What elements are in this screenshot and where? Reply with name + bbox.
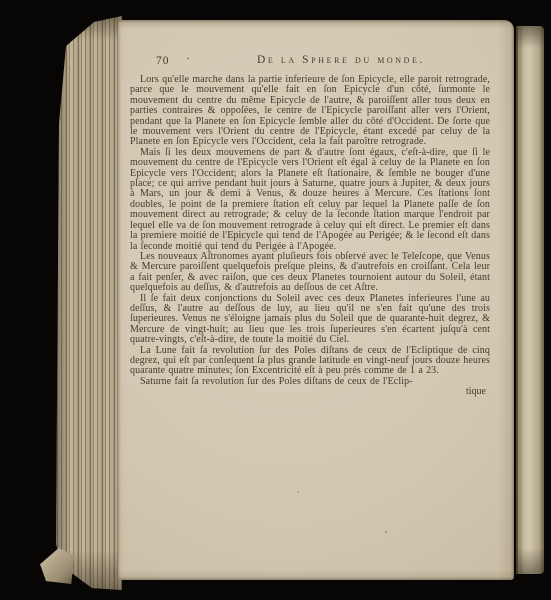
- running-title: De la Sphere du monde.: [192, 54, 490, 66]
- page-header: 70 · De la Sphere du monde.: [130, 54, 490, 70]
- book-page: 70 · De la Sphere du monde. Lors qu'elle…: [118, 20, 514, 580]
- paragraph: Saturne fait ſa revolution ſur des Poles…: [130, 377, 490, 387]
- page-content: 70 · De la Sphere du monde. Lors qu'elle…: [130, 54, 490, 398]
- paragraph: Mais ſi les deux mouvemens de part & d'a…: [130, 148, 490, 252]
- paragraph: Les nouveaux Aſtronomes ayant pluſieurs …: [130, 252, 490, 294]
- page-number-separator: ·: [186, 53, 190, 65]
- catchword: tique: [130, 387, 490, 397]
- page-number: 70: [156, 55, 170, 67]
- paragraph: Il ſe fait deux conjonctions du Soleil a…: [130, 294, 490, 346]
- page-edges-corner: [40, 548, 74, 584]
- page-edges-stack: [54, 14, 122, 590]
- adjacent-page-edge: [516, 26, 544, 574]
- body-text: Lors qu'elle marche dans la partie infer…: [130, 75, 490, 398]
- paragraph: La Lune fait ſa revolution ſur des Poles…: [130, 346, 490, 377]
- book-scan: 70 · De la Sphere du monde. Lors qu'elle…: [0, 0, 551, 600]
- paragraph: Lors qu'elle marche dans la partie infer…: [130, 75, 490, 148]
